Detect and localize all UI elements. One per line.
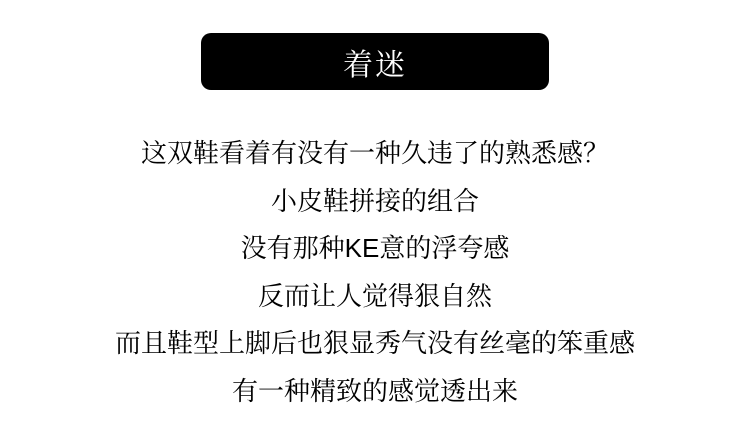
- text-line: 没有那种KE意的浮夸感: [0, 225, 750, 273]
- page: { "page": { "background_color": "#ffffff…: [0, 0, 750, 432]
- title-text: 着迷: [343, 40, 407, 84]
- text-line: 小皮鞋拼接的组合: [0, 178, 750, 226]
- description-block: 这双鞋看着有没有一种久违了的熟悉感？ 小皮鞋拼接的组合 没有那种KE意的浮夸感 …: [0, 130, 750, 415]
- text-line: 而且鞋型上脚后也狠显秀气没有丝毫的笨重感: [0, 320, 750, 368]
- text-line: 有一种精致的感觉透出来: [0, 368, 750, 416]
- title-badge: 着迷: [201, 33, 549, 90]
- text-line: 反而让人觉得狠自然: [0, 273, 750, 321]
- text-line: 这双鞋看着有没有一种久违了的熟悉感？: [0, 130, 750, 178]
